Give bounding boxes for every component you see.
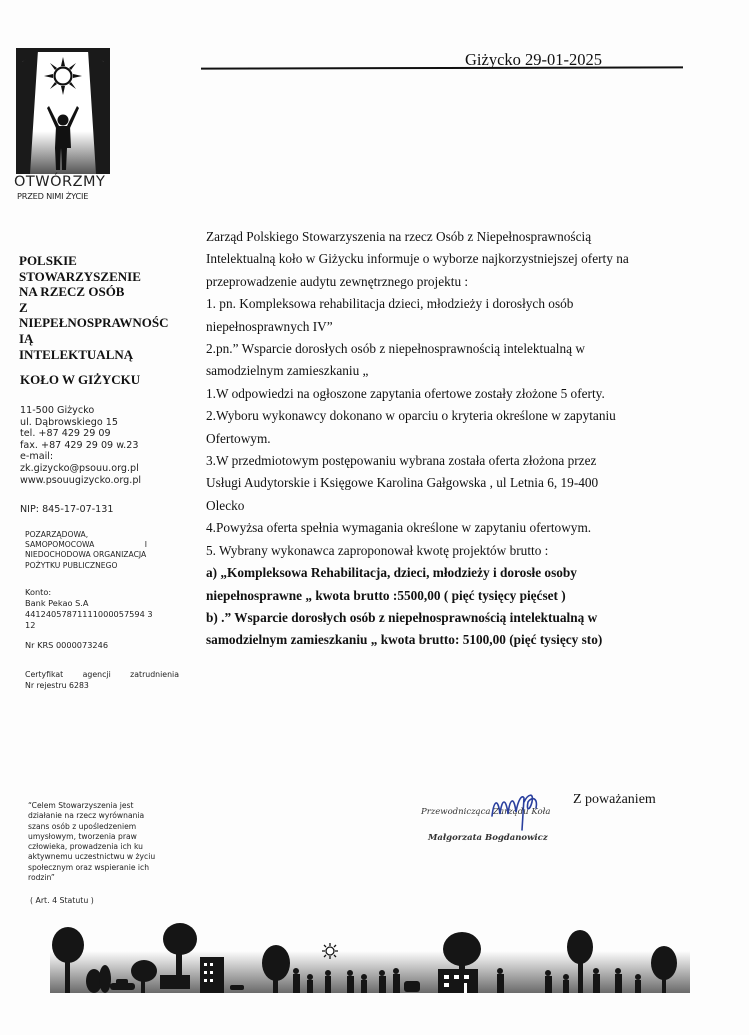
letter-line-bold: niepełnosprawne „ kwota brutto :5500,00 … [206, 585, 686, 607]
letter-line: 2.pn.” Wsparcie dorosłych osób z niepełn… [206, 338, 686, 360]
statute-motto: “Celem Stowarzyszenia jest działanie na … [28, 801, 188, 883]
organization-name: POLSKIE STOWARZYSZENIE NA RZECZ OSÓB Z N… [19, 253, 199, 362]
organization-type: POZARZĄDOWA, SAMOPOMOCOWAI NIEDOCHODOWA … [25, 530, 175, 571]
organization-logo-icon [16, 48, 110, 174]
employment-agency-certificate: Certyfikat agencji zatrudnienia Nr rejes… [25, 670, 179, 691]
letter-line: Ofertowym. [206, 428, 686, 450]
letter-line: Olecko [206, 495, 686, 517]
email-label: e-mail: [20, 451, 141, 463]
letter-line: 1.W odpowiedzi na ogłoszone zapytania of… [206, 383, 686, 405]
signatory-name: Małgorzata Bogdanowicz [428, 833, 548, 843]
statute-reference: ( Art. 4 Statutu ) [30, 896, 94, 905]
address-city: 11-500 Giżycko [20, 405, 141, 417]
letter-line: 1. pn. Kompleksowa rehabilitacja dzieci,… [206, 293, 686, 315]
nip-number: NIP: 845-17-07-131 [20, 504, 114, 515]
letter-line-bold: a) „Kompleksowa Rehabilitacja, dzieci, m… [206, 562, 686, 584]
bank-account: Konto: Bank Pekao S.A 441240578711110000… [25, 587, 153, 631]
letter-line: 2.Wyboru wykonawcy dokonano w oparciu o … [206, 405, 686, 427]
phone: tel. +87 429 29 09 [20, 428, 141, 440]
letter-line: Zarząd Polskiego Stowarzyszenia na rzecz… [206, 226, 686, 248]
letter-body: Zarząd Polskiego Stowarzyszenia na rzecz… [206, 226, 686, 652]
website-link[interactable]: www.psouugizycko.org.pl [20, 475, 141, 487]
krs-number: Nr KRS 0000073246 [25, 640, 108, 650]
contact-details: 11-500 Giżycko ul. Dąbrowskiego 15 tel. … [20, 405, 141, 486]
logo-subtitle: PRZED NIMI ŻYCIE [17, 191, 88, 201]
letter-line: przeprowadzenie audytu zewnętrznego proj… [206, 271, 686, 293]
letter-line: 4.Powyżsa oferta spełnia wymagania okreś… [206, 517, 686, 539]
letter-line: Usługi Audytorskie i Księgowe Karolina G… [206, 472, 686, 494]
letter-line: 3.W przedmiotowym postępowaniu wybrana z… [206, 450, 686, 472]
letter-line: Intelektualną koło w Giżycku informuje o… [206, 248, 686, 270]
email-link[interactable]: zk.gizycko@psouu.org.pl [20, 463, 141, 475]
handwritten-signature-icon [488, 790, 543, 832]
letter-line-bold: b) .” Wsparcie dorosłych osób z niepełno… [206, 607, 686, 629]
letter-line: samodzielnym zamieszkaniu „ [206, 360, 686, 382]
logo-title: OTWÓRZMY [14, 174, 105, 190]
organization-branch: KOŁO W GIŻYCKU [20, 372, 140, 388]
fax: fax. +87 429 29 09 w.23 [20, 440, 141, 452]
address-street: ul. Dąbrowskiego 15 [20, 417, 141, 429]
closing-regards: Z poważaniem [573, 792, 656, 808]
street-scene-silhouette-icon [50, 923, 690, 999]
letter-line-bold: samodzielnym zamieszkaniu „ kwota brutto… [206, 629, 686, 651]
letter-line: niepełnosprawnych IV” [206, 316, 686, 338]
header-divider [201, 66, 683, 69]
letter-line: 5. Wybrany wykonawca zaproponował kwotę … [206, 540, 686, 562]
